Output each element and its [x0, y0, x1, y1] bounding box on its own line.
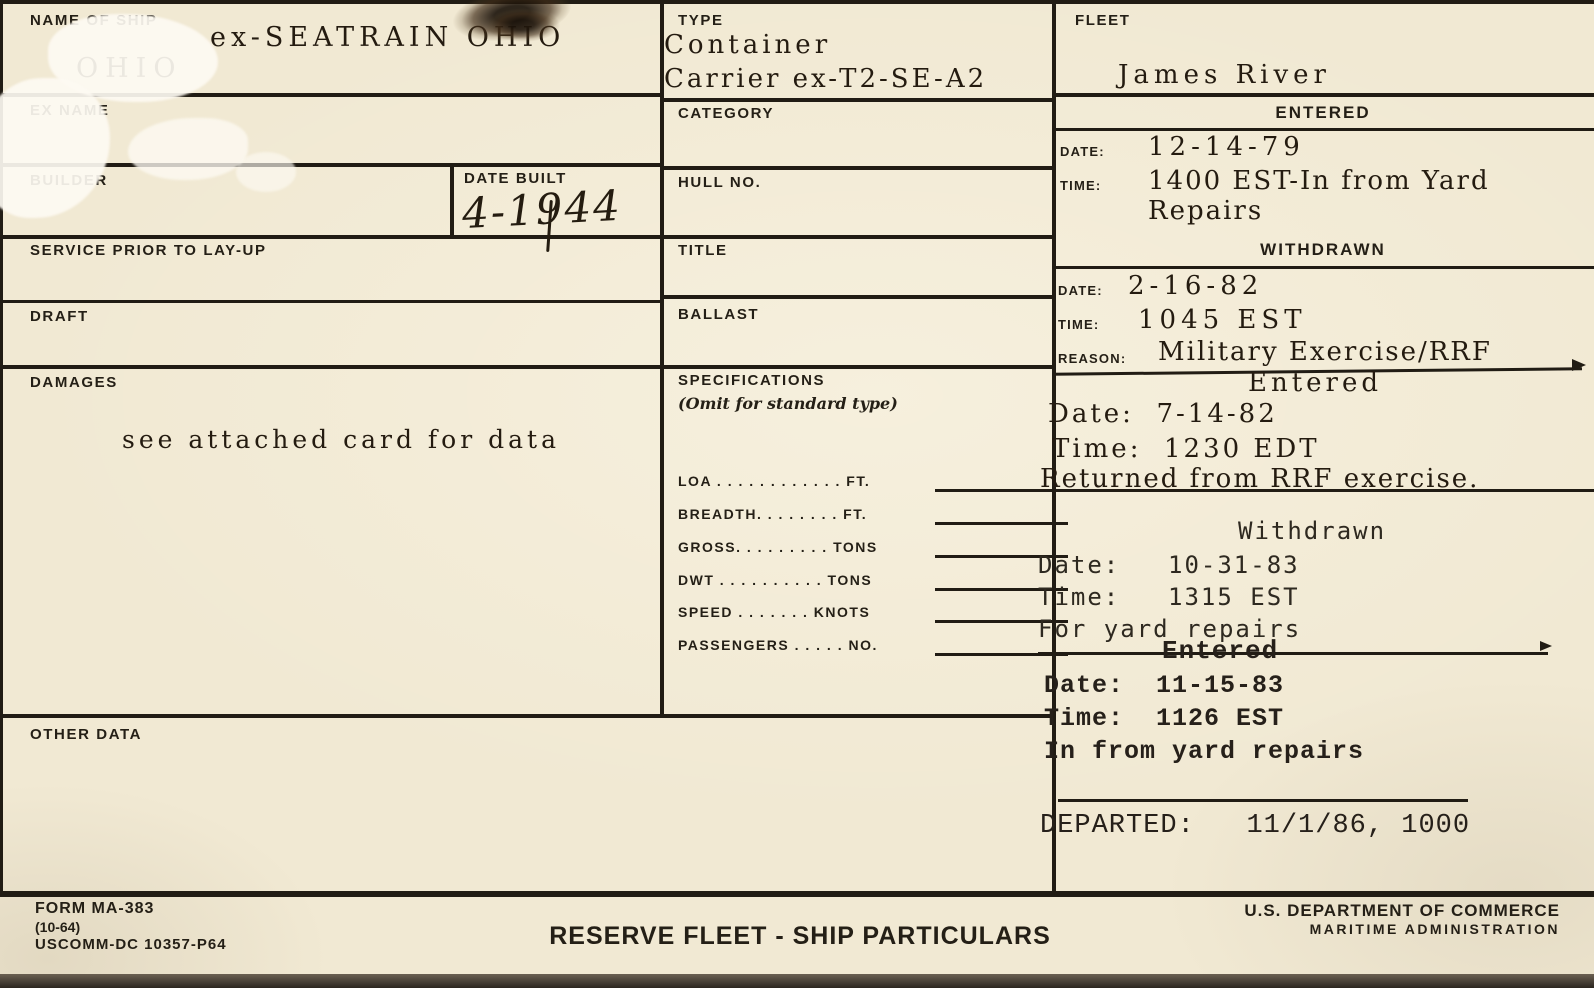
entered2-time: Time: 1230 EDT: [1052, 434, 1320, 464]
grid-line: [0, 235, 1055, 239]
note-underline: [1038, 652, 1548, 655]
departed-value: 11/1/86, 1000: [1246, 811, 1470, 841]
hull-no-label: HULL NO.: [678, 174, 761, 191]
entered2-note: Returned from RRF exercise.: [1040, 464, 1479, 494]
form-number: FORM MA-383: [35, 900, 154, 918]
withdrawn2-time-value: 1315 EST: [1168, 583, 1300, 611]
spec-row-dwt: DWT . . . . . . . . . . TONS: [678, 572, 872, 588]
type-value: Container: [664, 30, 831, 60]
arrowhead: [1540, 641, 1552, 651]
damages-value: see attached card for data: [122, 425, 560, 454]
form-revision: (10-64): [35, 919, 80, 935]
withdrawn2-date-value: 10-31-83: [1168, 551, 1300, 579]
entered1-date-label: DATE:: [1060, 144, 1105, 159]
entered3-time-value: 1126 EST: [1156, 704, 1284, 733]
grid-line: [660, 0, 664, 716]
grid-line: [1052, 93, 1594, 97]
type-label: TYPE: [678, 12, 724, 29]
form-print-code: USCOMM-DC 10357-P64: [35, 936, 227, 953]
entered3-note: In from yard repairs: [1044, 737, 1364, 766]
paper-damage: [128, 118, 248, 180]
entered3-time-label: Time:: [1044, 704, 1124, 733]
specifications-note: (Omit for standard type): [678, 394, 898, 413]
grid-line: [663, 295, 1055, 299]
grid-line: [0, 0, 1594, 4]
draft-label: DRAFT: [30, 308, 89, 325]
ink-stamp: [486, 8, 560, 42]
withdrawn1-time-value: 1045 EST: [1138, 305, 1307, 335]
withdrawn1-reason-label: REASON:: [1058, 351, 1126, 366]
ship-particulars-card: NAME OF SHIP ex-SEATRAIN OHIO OHIO EX NA…: [0, 0, 1594, 988]
spec-row-passengers: PASSENGERS . . . . . NO.: [678, 637, 878, 653]
grid-line: [0, 714, 1055, 718]
date-built-value: 4-1944: [461, 181, 623, 238]
entered3-header: Entered: [1162, 636, 1278, 666]
spec-underline: [935, 653, 1068, 656]
entered2-time-label: Time:: [1052, 434, 1141, 464]
grid-line: [450, 163, 454, 238]
spec-row-loa: LOA . . . . . . . . . . . . FT.: [678, 473, 870, 489]
damages-label: DAMAGES: [30, 374, 118, 391]
withdrawn2-header: Withdrawn: [1238, 517, 1386, 545]
service-prior-label: SERVICE PRIOR TO LAY-UP: [30, 242, 267, 259]
grid-line: [1052, 128, 1594, 131]
paper-damage: [236, 152, 296, 192]
grid-line: [1058, 799, 1468, 802]
fleet-value: James River: [1118, 60, 1331, 90]
specifications-label: SPECIFICATIONS: [678, 372, 825, 389]
entered1-date-value: 12-14-79: [1148, 132, 1305, 162]
grid-line: [0, 300, 663, 303]
grid-line: [0, 365, 1055, 369]
title-label: TITLE: [678, 242, 728, 259]
grid-line: [663, 98, 1055, 102]
entered3-date-label: Date:: [1044, 671, 1124, 700]
spec-row-gross: GROSS. . . . . . . . . TONS: [678, 539, 878, 555]
withdrawn2-time-label: Time:: [1038, 583, 1120, 611]
arrowhead: [1572, 359, 1586, 371]
grid-line: [0, 891, 1594, 897]
departed-label: DEPARTED:: [1040, 811, 1195, 841]
entered3-time: Time: 1126 EST: [1044, 704, 1284, 733]
fleet-label: FLEET: [1075, 12, 1131, 29]
ballast-label: BALLAST: [678, 306, 759, 323]
entered3-date-value: 11-15-83: [1156, 671, 1284, 700]
paper-damage: [0, 78, 110, 218]
agency-name: U.S. DEPARTMENT OF COMMERCE: [1060, 901, 1560, 921]
spec-row-speed: SPEED . . . . . . . KNOTS: [678, 604, 870, 620]
withdrawn-band-header: WITHDRAWN: [1052, 240, 1594, 260]
entered-band-header: ENTERED: [1052, 103, 1594, 123]
category-label: CATEGORY: [678, 105, 774, 122]
departed-row: DEPARTED: 11/1/86, 1000: [1040, 811, 1470, 841]
entered2-header: Entered: [1248, 368, 1382, 398]
grid-line: [1052, 266, 1594, 269]
entered2-date: Date: 7-14-82: [1048, 399, 1278, 429]
entered1-time-label: TIME:: [1060, 178, 1101, 193]
entered2-date-label: Date:: [1048, 399, 1134, 429]
withdrawn1-date-label: DATE:: [1058, 283, 1103, 298]
entered3-date: Date: 11-15-83: [1044, 671, 1284, 700]
scan-edge: [0, 974, 1594, 988]
type-value2: Carrier ex-T2-SE-A2: [664, 64, 987, 94]
withdrawn1-date-value: 2-16-82: [1128, 271, 1263, 301]
entered1-time-value: 1400 EST-In from Yard: [1148, 166, 1490, 196]
grid-line: [663, 166, 1055, 170]
entered1-time-value2: Repairs: [1148, 196, 1263, 226]
agency-division: MARITIME ADMINISTRATION: [1060, 921, 1560, 937]
entered2-time-value: 1230 EDT: [1164, 434, 1320, 464]
withdrawn2-date-label: Date:: [1038, 551, 1120, 579]
withdrawn1-time-label: TIME:: [1058, 317, 1099, 332]
spec-row-breadth: BREADTH. . . . . . . . FT.: [678, 506, 867, 522]
withdrawn1-reason-value: Military Exercise/RRF: [1158, 337, 1492, 367]
entered2-date-value: 7-14-82: [1156, 399, 1277, 429]
spec-underline: [935, 522, 1068, 525]
other-data-label: OTHER DATA: [30, 726, 142, 743]
